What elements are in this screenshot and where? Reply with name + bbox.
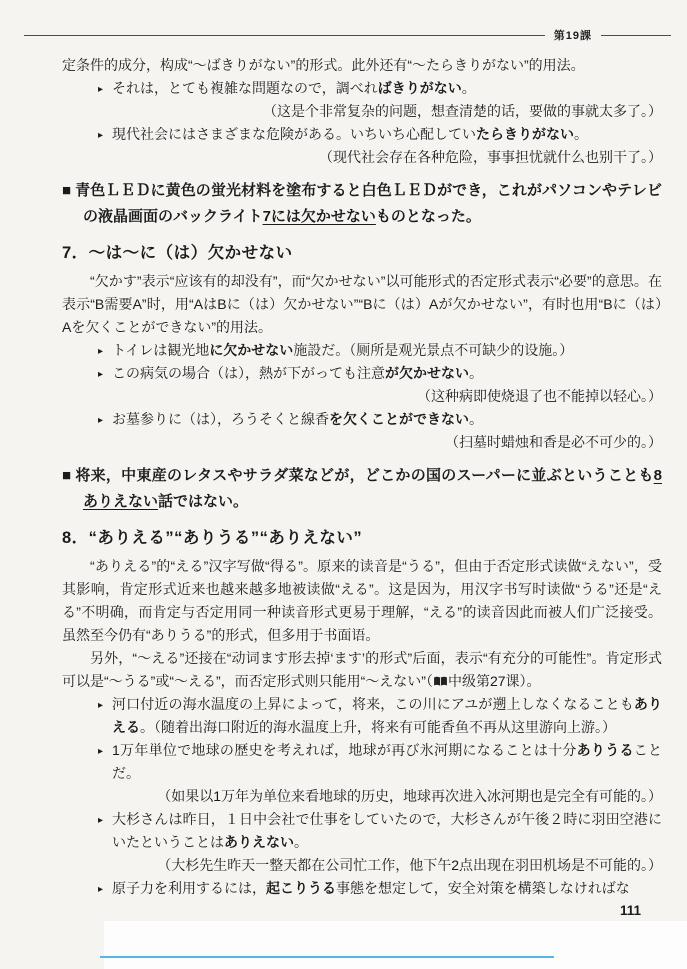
example-item: ▸トイレは観光地に欠かせない施設だ。（厕所是观光景点不可缺少的设施。） bbox=[62, 339, 662, 362]
text-run: 中级第27课）。 bbox=[448, 673, 541, 689]
text-run: トイレは観光地 bbox=[112, 342, 209, 358]
text-run: 原子力を利用するには， bbox=[112, 880, 266, 896]
example-item: ▸大杉さんは昨日，１日中会社で仕事をしていたので，大杉さんが午後２時に羽田空港に… bbox=[62, 808, 662, 854]
bullet-triangle-icon: ▸ bbox=[98, 340, 103, 363]
text-run: 8．“ありえる”“ありうる”“ありえない” bbox=[62, 529, 362, 547]
page-bottom-strip bbox=[104, 921, 687, 969]
text-run: 施設だ。（厕所是观光景点不可缺少的设施。） bbox=[293, 342, 573, 358]
translation-line: （这种病即使烧退了也不能掉以轻心。） bbox=[62, 385, 662, 408]
text-run: 7 bbox=[263, 208, 271, 225]
text-run: 7．〜は〜に（は）欠かせない bbox=[62, 244, 293, 262]
text-run: 大杉さんは昨日，１日中会社で仕事をしていたので，大杉さんが午後２時に羽田空港にい… bbox=[112, 811, 662, 850]
section-heading: 7．〜は〜に（は）欠かせない bbox=[62, 241, 662, 265]
text-run: “ありえる”的“える”汉字写做“得る”。原来的读音是“うる”，但由于否定形式读做… bbox=[62, 558, 662, 643]
paragraph: “ありえる”的“える”汉字写做“得る”。原来的读音是“うる”，但由于否定形式读做… bbox=[62, 555, 662, 647]
text-run: この病気の場合（は），熱が下がっても注意 bbox=[112, 365, 385, 381]
bullet-triangle-icon: ▸ bbox=[98, 363, 103, 386]
text-run: 事態を想定して，安全対策を構築しなければな bbox=[336, 880, 630, 896]
example-item: ▸河口付近の海水温度の上昇によって，将来，この川にアユが遡上しなくなることもあり… bbox=[62, 693, 662, 739]
example-item: ▸この病気の場合（は），熱が下がっても注意が欠かせない。 bbox=[62, 362, 662, 385]
text-run: 起こりうる bbox=[266, 880, 336, 896]
header-rule-left bbox=[24, 35, 545, 36]
bullet-triangle-icon: ▸ bbox=[98, 694, 103, 717]
example-item: ▸現代社会にはさまざまな危険がある。いちいち心配していたらきりがない。 bbox=[62, 123, 662, 146]
paragraph: 另外，“〜える”还接在“动词ます形去掉‘ます’的形式”后面，表示“有充分的可能性… bbox=[62, 647, 662, 693]
bullet-triangle-icon: ▸ bbox=[98, 124, 103, 147]
usage-note: ■将来，中東産のレタスやサラダ菜などが，どこかの国のスーパーに並ぶということも8… bbox=[62, 463, 662, 515]
text-run: “欠かす”表示“应该有的却没有”，而“欠かせない”以可能形式的否定形式表示“必要… bbox=[62, 273, 662, 335]
text-run: 河口付近の海水温度の上昇によって，将来，この川にアユが遡上しなくなることも bbox=[112, 696, 634, 712]
text-run: 将来，中東産のレタスやサラダ菜などが，どこかの国のスーパーに並ぶということも bbox=[75, 467, 653, 484]
text-run: ありえない bbox=[83, 493, 158, 510]
text-run: 。 bbox=[469, 411, 483, 427]
usage-note: ■青色ＬＥＤに黄色の蛍光材料を塗布すると白色ＬＥＤができ，これがパソコンやテレビ… bbox=[62, 178, 662, 230]
paragraph: 定条件的成分，构成“〜ばきりがない”的形式。此外还有“〜たらきりがない”的用法。 bbox=[62, 54, 662, 77]
text-run: （如果以1万年为单位来看地球的历史，地球再次进入冰河期也是完全有可能的。） bbox=[157, 788, 662, 804]
text-run: を欠くことができない bbox=[329, 411, 469, 427]
note-square-icon: ■ bbox=[62, 182, 71, 199]
book-icon bbox=[433, 673, 448, 689]
text-run: お墓参りに（は），ろうそくと線香 bbox=[112, 411, 329, 427]
text-run: （现代社会存在各种危险，事事担忧就什么也别干了。） bbox=[319, 149, 662, 165]
bullet-triangle-icon: ▸ bbox=[98, 78, 103, 101]
example-item: ▸お墓参りに（は），ろうそくと線香を欠くことができない。 bbox=[62, 408, 662, 431]
text-run: 8 bbox=[654, 467, 662, 484]
text-run: 。 bbox=[294, 834, 308, 850]
running-head: 第19課 bbox=[24, 27, 671, 43]
note-square-icon: ■ bbox=[62, 467, 71, 484]
translation-line: （现代社会存在各种危险，事事担忧就什么也别干了。） bbox=[62, 146, 662, 169]
text-run: （大杉先生昨天一整天都在公司忙工作，他下午2点出现在羽田机场是不可能的。） bbox=[157, 857, 662, 873]
text-run: （扫墓时蜡烛和香是必不可少的。） bbox=[445, 434, 662, 450]
text-run: それは，とても複雑な問題なので，調べれ bbox=[112, 80, 378, 96]
text-run: ありえない bbox=[224, 834, 294, 850]
text-run: 。 bbox=[462, 80, 476, 96]
text-run: 。（随着出海口附近的海水温度上升，将来有可能香鱼不再从这里游向上游。） bbox=[140, 719, 616, 735]
text-run: ものとなった。 bbox=[376, 208, 481, 225]
example-item: ▸それは，とても複雑な問題なので，調べればきりがない。 bbox=[62, 77, 662, 100]
bullet-triangle-icon: ▸ bbox=[98, 409, 103, 432]
textbook-scan-page: 第19課 定条件的成分，构成“〜ばきりがない”的形式。此外还有“〜たらきりがない… bbox=[0, 0, 687, 969]
text-run: 。 bbox=[469, 365, 483, 381]
text-run: ありうる bbox=[577, 742, 634, 758]
text-run: 定条件的成分，构成“〜ばきりがない”的形式。此外还有“〜たらきりがない”的用法。 bbox=[62, 57, 585, 73]
text-run: 。 bbox=[574, 126, 588, 142]
translation-line: （如果以1万年为单位来看地球的历史，地球再次进入冰河期也是完全有可能的。） bbox=[62, 785, 662, 808]
header-rule-right bbox=[601, 35, 671, 36]
bottom-accent-line bbox=[100, 956, 554, 958]
text-run: が欠かせない bbox=[385, 365, 469, 381]
bullet-triangle-icon: ▸ bbox=[98, 740, 103, 763]
lesson-label: 第19課 bbox=[554, 27, 592, 43]
bullet-triangle-icon: ▸ bbox=[98, 809, 103, 832]
translation-line: （大杉先生昨天一整天都在公司忙工作，他下午2点出现在羽田机场是不可能的。） bbox=[62, 854, 662, 877]
example-item: ▸原子力を利用するには，起こりうる事態を想定して，安全対策を構築しなければな bbox=[62, 877, 662, 900]
text-run: には欠かせない bbox=[271, 208, 376, 225]
text-run: （这是个非常复杂的问题，想查清楚的话，要做的事就太多了。） bbox=[263, 103, 662, 119]
text-run: （这种病即使烧退了也不能掉以轻心。） bbox=[417, 388, 662, 404]
translation-line: （扫墓时蜡烛和香是必不可少的。） bbox=[62, 431, 662, 454]
text-run: 1万年単位で地球の歴史を考えれば，地球が再び氷河期になることは十分 bbox=[112, 742, 577, 758]
bullet-triangle-icon: ▸ bbox=[98, 878, 103, 901]
example-item: ▸1万年単位で地球の歴史を考えれば，地球が再び氷河期になることは十分ありうること… bbox=[62, 739, 662, 785]
page-content: 定条件的成分，构成“〜ばきりがない”的形式。此外还有“〜たらきりがない”的用法。… bbox=[62, 54, 662, 900]
text-run: に欠かせない bbox=[209, 342, 293, 358]
text-run: 現代社会にはさまざまな危険がある。いちいち心配してい bbox=[112, 126, 476, 142]
page-number: 111 bbox=[620, 903, 641, 918]
translation-line: （这是个非常复杂的问题，想查清楚的话，要做的事就太多了。） bbox=[62, 100, 662, 123]
text-run: たらきりがない bbox=[476, 126, 574, 142]
text-run: 話ではない。 bbox=[158, 493, 248, 510]
section-heading: 8．“ありえる”“ありうる”“ありえない” bbox=[62, 526, 662, 550]
text-run: 另外，“〜える”还接在“动词ます形去掉‘ます’的形式”后面，表示“有充分的可能性… bbox=[62, 650, 662, 689]
text-run: ばきりがない bbox=[378, 80, 462, 96]
paragraph: “欠かす”表示“应该有的却没有”，而“欠かせない”以可能形式的否定形式表示“必要… bbox=[62, 270, 662, 339]
